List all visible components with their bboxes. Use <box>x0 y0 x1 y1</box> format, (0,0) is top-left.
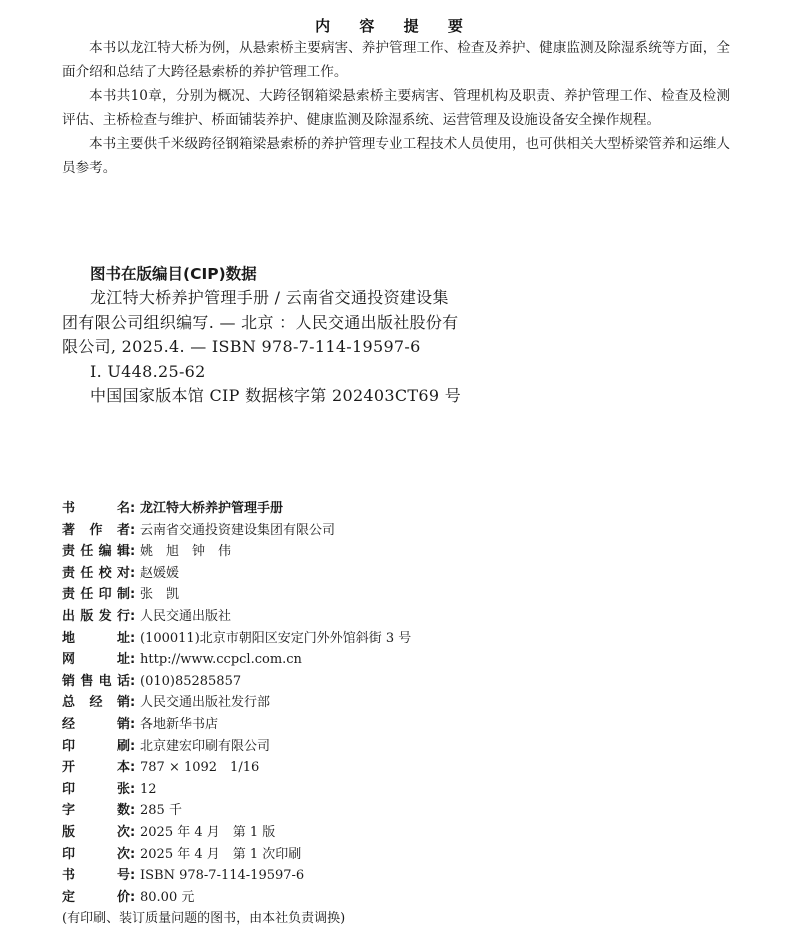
label-char: 印 <box>62 736 75 758</box>
colophon-label: 责任编辑 <box>62 541 130 563</box>
colophon-label: 出版发行 <box>62 606 130 628</box>
cip-data-block: 图书在版编目(CIP)数据 龙江特大桥养护管理手册 / 云南省交通投资建设集 团… <box>62 262 502 409</box>
colophon-row: 印刷:北京建宏印刷有限公司 <box>62 736 562 758</box>
label-char: 址 <box>117 649 130 671</box>
label-char: 价 <box>117 887 130 909</box>
label-char: 经 <box>89 692 102 714</box>
colophon-value: 赵媛媛 <box>138 563 179 585</box>
colophon-value: 787 × 1092 1/16 <box>138 757 259 779</box>
colophon-separator: : <box>130 822 138 844</box>
colophon-value: 285 千 <box>138 800 182 822</box>
label-char: 版 <box>62 822 75 844</box>
colophon-separator: : <box>130 865 138 887</box>
colophon-value: 80.00 元 <box>138 887 194 909</box>
colophon-row: 印张:12 <box>62 779 562 801</box>
label-char: 数 <box>117 800 130 822</box>
colophon-value: 人民交通出版社 <box>138 606 231 628</box>
label-char: 销 <box>117 692 130 714</box>
cip-line: 团有限公司组织编写. — 北京 ：人民交通出版社股份有 <box>62 311 502 336</box>
colophon-separator: : <box>130 844 138 866</box>
colophon-value: 2025 年 4 月 第 1 版 <box>138 822 275 844</box>
colophon-row: 书号:ISBN 978-7-114-19597-6 <box>62 865 562 887</box>
colophon-row: 责任印制:张 凯 <box>62 584 562 606</box>
colophon-row: 经销:各地新华书店 <box>62 714 562 736</box>
label-char: 经 <box>62 714 75 736</box>
colophon-row: 著作者:云南省交通投资建设集团有限公司 <box>62 520 562 542</box>
colophon-value: 各地新华书店 <box>138 714 218 736</box>
label-char: 行 <box>117 606 130 628</box>
colophon-row: 网址:http://www.ccpcl.com.cn <box>62 649 562 671</box>
label-char: 著 <box>62 520 75 542</box>
label-char: 任 <box>80 541 93 563</box>
label-char: 校 <box>99 563 112 585</box>
label-char: 制 <box>117 584 130 606</box>
label-char: 编 <box>99 541 112 563</box>
label-char: 辑 <box>117 541 130 563</box>
colophon-value: 龙江特大桥养护管理手册 <box>138 498 283 520</box>
colophon-separator: : <box>130 779 138 801</box>
colophon-row: 责任校对:赵媛媛 <box>62 563 562 585</box>
colophon-note: (有印刷、装订质量问题的图书，由本社负责调换) <box>62 908 562 930</box>
colophon-separator: : <box>130 541 138 563</box>
colophon-separator: : <box>130 887 138 909</box>
colophon-separator: : <box>130 800 138 822</box>
label-char: 字 <box>62 800 75 822</box>
colophon-label: 书名 <box>62 498 130 520</box>
label-char: 任 <box>80 563 93 585</box>
label-char: 售 <box>80 671 93 693</box>
colophon-value: 2025 年 4 月 第 1 次印刷 <box>138 844 301 866</box>
colophon-separator: : <box>130 563 138 585</box>
label-char: 印 <box>99 584 112 606</box>
cip-classification: Ⅰ. U448.25-62 <box>62 360 502 385</box>
colophon-row: 总经销:人民交通出版社发行部 <box>62 692 562 714</box>
label-char: 责 <box>62 541 75 563</box>
colophon-value: 12 <box>138 779 157 801</box>
label-char: 者 <box>117 520 130 542</box>
colophon-label: 字数 <box>62 800 130 822</box>
colophon-value: http://www.ccpcl.com.cn <box>138 649 302 671</box>
colophon-label: 版次 <box>62 822 130 844</box>
colophon-label: 销售电话 <box>62 671 130 693</box>
label-char: 址 <box>117 628 130 650</box>
cip-title: 图书在版编目(CIP)数据 <box>62 262 502 286</box>
colophon-row: 书名:龙江特大桥养护管理手册 <box>62 498 562 520</box>
colophon-separator: : <box>130 671 138 693</box>
label-char: 责 <box>62 563 75 585</box>
colophon-separator: : <box>130 628 138 650</box>
label-char: 发 <box>99 606 112 628</box>
label-char: 任 <box>80 584 93 606</box>
summary-paragraph: 本书主要供千米级跨径钢箱梁悬索桥的养护管理专业工程技术人员使用，也可供相关大型桥… <box>62 132 730 180</box>
colophon-value: 姚 旭 钟 伟 <box>138 541 231 563</box>
label-char: 总 <box>62 692 75 714</box>
label-char: 书 <box>62 498 75 520</box>
cip-line: 限公司, 2025.4. — ISBN 978-7-114-19597-6 <box>62 335 502 360</box>
colophon-row: 版次:2025 年 4 月 第 1 版 <box>62 822 562 844</box>
colophon-label: 定价 <box>62 887 130 909</box>
label-char: 次 <box>117 844 130 866</box>
colophon-label: 书号 <box>62 865 130 887</box>
colophon-value: 北京建宏印刷有限公司 <box>138 736 270 758</box>
colophon-label: 责任印制 <box>62 584 130 606</box>
label-char: 本 <box>117 757 130 779</box>
colophon-separator: : <box>130 714 138 736</box>
label-char: 作 <box>89 520 102 542</box>
colophon-value: 云南省交通投资建设集团有限公司 <box>138 520 335 542</box>
label-char: 版 <box>80 606 93 628</box>
label-char: 销 <box>117 714 130 736</box>
summary-paragraph: 本书共10章，分别为概况、大跨径钢箱梁悬索桥主要病害、管理机构及职责、养护管理工… <box>62 84 730 132</box>
label-char: 印 <box>62 844 75 866</box>
colophon-label: 总经销 <box>62 692 130 714</box>
colophon-row: 印次:2025 年 4 月 第 1 次印刷 <box>62 844 562 866</box>
label-char: 定 <box>62 887 75 909</box>
colophon-row: 地址:(100011)北京市朝阳区安定门外外馆斜街 3 号 <box>62 628 562 650</box>
colophon-row: 出版发行:人民交通出版社 <box>62 606 562 628</box>
label-char: 名 <box>117 498 130 520</box>
colophon-value: ISBN 978-7-114-19597-6 <box>138 865 304 887</box>
label-char: 责 <box>62 584 75 606</box>
colophon-row: 销售电话:(010)85285857 <box>62 671 562 693</box>
colophon-label: 责任校对 <box>62 563 130 585</box>
colophon-label: 地址 <box>62 628 130 650</box>
label-char: 书 <box>62 865 75 887</box>
label-char: 销 <box>62 671 75 693</box>
label-char: 印 <box>62 779 75 801</box>
colophon-label: 著作者 <box>62 520 130 542</box>
label-char: 出 <box>62 606 75 628</box>
colophon-separator: : <box>130 736 138 758</box>
colophon-value: 张 凯 <box>138 584 179 606</box>
colophon-label: 开本 <box>62 757 130 779</box>
label-char: 地 <box>62 628 75 650</box>
colophon-value: 人民交通出版社发行部 <box>138 692 270 714</box>
colophon-label: 印次 <box>62 844 130 866</box>
cip-record-number: 中国国家版本馆 CIP 数据核字第 202403CT69 号 <box>62 384 502 409</box>
colophon-label: 网址 <box>62 649 130 671</box>
colophon-separator: : <box>130 606 138 628</box>
summary-heading: 内 容 提 要 <box>0 15 790 36</box>
label-char: 次 <box>117 822 130 844</box>
label-char: 号 <box>117 865 130 887</box>
label-char: 开 <box>62 757 75 779</box>
label-char: 网 <box>62 649 75 671</box>
label-char: 对 <box>117 563 130 585</box>
colophon-row: 开本:787 × 1092 1/16 <box>62 757 562 779</box>
colophon-separator: : <box>130 649 138 671</box>
colophon-separator: : <box>130 498 138 520</box>
colophon-label: 印张 <box>62 779 130 801</box>
colophon-label: 印刷 <box>62 736 130 758</box>
label-char: 张 <box>117 779 130 801</box>
colophon: 书名:龙江特大桥养护管理手册著作者:云南省交通投资建设集团有限公司责任编辑:姚 … <box>62 498 562 930</box>
colophon-separator: : <box>130 757 138 779</box>
summary-section: 本书以龙江特大桥为例，从悬索桥主要病害、养护管理工作、检查及养护、健康监测及除湿… <box>62 36 730 180</box>
colophon-row: 责任编辑:姚 旭 钟 伟 <box>62 541 562 563</box>
colophon-separator: : <box>130 584 138 606</box>
cip-line: 龙江特大桥养护管理手册 / 云南省交通投资建设集 <box>62 286 502 311</box>
colophon-separator: : <box>130 692 138 714</box>
colophon-label: 经销 <box>62 714 130 736</box>
colophon-value: (010)85285857 <box>138 671 241 693</box>
colophon-value: (100011)北京市朝阳区安定门外外馆斜街 3 号 <box>138 628 411 650</box>
colophon-separator: : <box>130 520 138 542</box>
label-char: 电 <box>99 671 112 693</box>
colophon-row: 字数:285 千 <box>62 800 562 822</box>
label-char: 话 <box>117 671 130 693</box>
colophon-row: 定价:80.00 元 <box>62 887 562 909</box>
summary-paragraph: 本书以龙江特大桥为例，从悬索桥主要病害、养护管理工作、检查及养护、健康监测及除湿… <box>62 36 730 84</box>
label-char: 刷 <box>117 736 130 758</box>
